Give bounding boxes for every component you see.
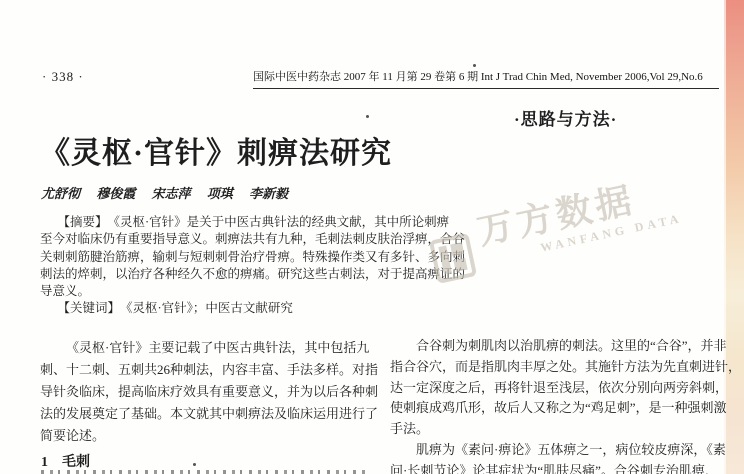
author-name: 宋志萍 xyxy=(152,186,191,201)
body-line: 《灵枢·官针》主要记载了中医古典针法，其中包括九 xyxy=(40,337,376,359)
keywords-line: 【关键词】 《灵枢·官针》；中医古文献研究 xyxy=(40,300,472,317)
watermark-text: 万方数据 WANFANG DATA xyxy=(472,163,683,268)
page-number: · 338 · xyxy=(42,69,84,85)
watermark-en: WANFANG DATA xyxy=(539,211,683,256)
author-name: 穆俊霞 xyxy=(96,186,135,201)
body-column-right: 合谷刺为刺肌肉以治肌痹的刺法。这里的“合谷”，并非 指合谷穴，而是指肌肉丰厚之处… xyxy=(390,336,726,474)
body-line: 合谷刺为刺肌肉以治肌痹的刺法。这里的“合谷”，并非 xyxy=(390,336,726,357)
body-line: 刺、十二刺、五刺共26种刺法，内容丰富、手法多样。对指 xyxy=(40,359,376,381)
watermark-cn: 万方数据 xyxy=(472,163,681,255)
scan-speck xyxy=(366,115,369,118)
scan-edge-strip xyxy=(724,0,744,474)
cutoff-text-line xyxy=(41,470,369,474)
abstract-block: 【摘要】 《灵枢·官针》是关于中医古典针法的经典文献，其中所论刺痹 至今对临床仍… xyxy=(40,214,472,318)
body-line: 肌痹为《素问·痹论》五体痹之一，病位较皮痹深，《素 xyxy=(390,440,726,461)
section-heading-1: 1 毛刺 xyxy=(41,451,90,471)
scan-speck xyxy=(193,463,196,466)
author-name: 李新毅 xyxy=(249,186,288,201)
body-line: 简要论述。 xyxy=(40,425,376,447)
article-title: 《灵枢·官针》刺痹法研究 xyxy=(40,128,392,172)
journal-header: 国际中医中药杂志 2007 年 11 月第 29 卷第 6 期 Int J Tr… xyxy=(253,68,719,89)
body-line: 使刺痕成鸡爪形，故后人又称之为“鸡足刺”，是一种强刺激 xyxy=(390,398,726,419)
abstract-line: 刺法的焠刺，以治疗各种经久不愈的痹痛。研究这些古刺法，对于提高痹证的 xyxy=(40,266,472,283)
body-line: 问·长刺节论》论其症状为“肌肤尽痛”。合谷刺专治肌痹， xyxy=(390,461,726,474)
body-column-left: 《灵枢·官针》主要记载了中医古典针法，其中包括九 刺、十二刺、五刺共26种刺法，… xyxy=(40,337,376,447)
scan-speck xyxy=(473,64,476,67)
body-line: 指合谷穴，而是指肌肉丰厚之处。其施针方法为先直刺进针， xyxy=(390,357,726,378)
section-label: ·思路与方法· xyxy=(514,105,617,130)
abstract-line: 【摘要】 《灵枢·官针》是关于中医古典针法的经典文献，其中所论刺痹 xyxy=(40,214,472,231)
body-line: 手法。 xyxy=(390,419,726,440)
body-line: 导针灸临床，提高临床疗效具有重要意义，并为以后各种刺 xyxy=(40,381,376,403)
author-name: 尤舒彻 xyxy=(41,186,80,201)
body-line: 达一定深度之后，再将针退至浅层，依次分别向两旁斜刺， xyxy=(390,378,726,399)
author-name: 项琪 xyxy=(207,186,233,201)
abstract-line: 导意义。 xyxy=(40,283,472,300)
abstract-line: 至今对临床仍有重要指导意义。刺痹法共有九种，毛刺法刺皮肤治浮痹，合谷 xyxy=(40,231,472,248)
body-line: 法的发展奠定了基础。本文就其中刺痹法及临床运用进行了 xyxy=(40,403,376,425)
author-list: 尤舒彻 穆俊霞 宋志萍 项琪 李新毅 xyxy=(41,183,301,202)
abstract-line: 关刺刺筋腱治筋痹，输刺与短刺刺骨治疗骨痹。特殊操作类又有多针、多向刺 xyxy=(40,249,472,266)
